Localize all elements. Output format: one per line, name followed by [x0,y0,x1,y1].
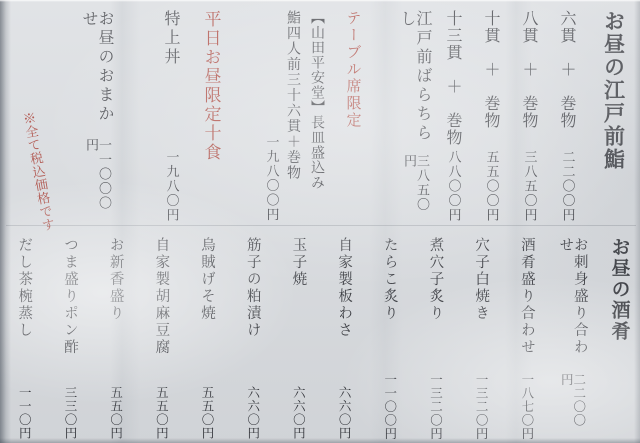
menu-item-anago-shirayaki: 穴子白焼き 一三二〇円 [471,237,491,440]
item-name: 特上丼 [163,10,179,67]
menu-item-tokujo-don: 特上丼 一九八〇円 [159,10,183,222]
menu-item-set-13kan: 十三貫 ＋ 巻物 八八〇〇円 [441,10,465,222]
item-name: 鮨四人前三十六貫＋巻物 [286,10,300,181]
item-price: 六六〇円 [292,386,305,440]
menu-item-nianago-aburi: 煮穴子炙り 一三二〇円 [425,237,445,440]
item-name: 玉子焼 [291,237,306,288]
section-lunch-sushi: お昼の江戸前鮨 六貫 ＋ 巻物 二二〇〇円 八貫 ＋ 巻物 三八五〇円 十貫 ＋… [0,0,640,226]
section-lunch-shuko: お昼の酒肴 お刺身盛り合わせ 二二〇〇円 酒肴盛り合わせ 一八七〇円 穴子白焼き… [0,227,640,443]
item-name: 十三貫 ＋ 巻物 [445,10,461,146]
section-divider [6,225,636,226]
item-name: 穴子白焼き [474,237,489,322]
item-price: 五五〇円 [155,386,168,440]
menu-item-ika-geso: 烏賊げそ焼 五五〇円 [197,237,217,440]
item-name: 酒肴盛り合わせ [519,237,534,356]
platter-line1-col: 【山田平安堂】長皿盛込み [306,10,328,222]
menu-item-set-10kan: 十貫 ＋ 巻物 五五〇〇円 [479,10,503,222]
item-name: お刺身盛り合わせ [558,237,587,373]
item-price: 三八五〇円 [523,150,536,223]
item-name: 自家製板わさ [337,237,352,339]
item-price: 二二〇〇円 [561,150,574,223]
item-name: 八貫 ＋ 巻物 [521,10,537,129]
item-price: 一一〇円 [18,386,31,440]
item-price: 三三〇円 [63,386,76,440]
menu-item-barachirashi: 江戸前ばらちらし 三八五〇円 [403,10,427,222]
menu-item-platter: 【山田平安堂】長皿盛込み 鮨四人前三十六貫＋巻物 一九八〇〇円 [262,10,328,222]
table-seat-note: テーブル席限定 [346,10,361,129]
item-price: 六六〇円 [246,386,259,440]
item-price: 六六〇円 [338,386,351,440]
item-name: お昼のおまかせ [81,10,113,138]
menu-item-goma-dofu: 自家製胡麻豆腐 五五〇円 [151,237,171,440]
menu-item-shuko-mori: 酒肴盛り合わせ 一八七〇円 [517,237,537,440]
item-price: 一一〇〇円 [383,373,396,441]
item-price: 一三二〇円 [475,373,488,441]
item-name: 【山田平安堂】長皿盛込み [310,10,324,190]
item-price: 五五〇円 [201,386,214,440]
item-name: つま盛りポン酢 [62,237,77,356]
menu-item-set-6kan: 六貫 ＋ 巻物 二二〇〇円 [555,10,579,222]
item-price: 五五〇円 [109,386,122,440]
weekday-limited-note-col: 平日お昼限定十食 [197,10,223,222]
item-price: 三八五〇円 [402,154,428,222]
menu-item-omakase: お昼のおまかせ 一一〇〇〇円 [85,10,109,222]
menu-item-tamagoyaki: 玉子焼 六六〇円 [288,237,308,440]
menu-item-sujiko-kasuzuke: 筋子の粕漬け 六六〇円 [242,237,262,440]
item-name: 烏賊げそ焼 [200,237,215,322]
lunch-shuko-title: お昼の酒肴 [609,237,628,342]
menu-paper: お昼の江戸前鮨 六貫 ＋ 巻物 二二〇〇円 八貫 ＋ 巻物 三八五〇円 十貫 ＋… [0,0,640,443]
item-name: 六貫 ＋ 巻物 [559,10,575,129]
item-name: 十貫 ＋ 巻物 [483,10,499,129]
item-price: 一九八〇円 [165,150,178,223]
item-price: 一三二〇円 [429,373,442,441]
platter-line2-col: 鮨四人前三十六貫＋巻物 [283,10,303,222]
menu-item-oshinko-mori: お新香盛り 五五〇円 [105,237,125,440]
item-name: だし茶椀蒸し [17,237,32,339]
item-price: 二二〇〇円 [560,373,585,440]
item-name: 煮穴子炙り [428,237,443,322]
menu-item-tarako-aburi: たらこ炙り 一一〇〇円 [380,237,400,440]
item-price: 一一〇〇〇円 [84,138,110,222]
table-seat-note-col: テーブル席限定 [342,10,364,222]
item-price: 一八七〇円 [520,373,533,441]
item-price: 五五〇〇円 [485,150,498,223]
platter-price-col: 一九八〇〇円 [262,10,280,222]
menu-item-itawasa: 自家製板わさ 六六〇円 [334,237,354,440]
item-name: お新香盛り [108,237,123,322]
lunch-sushi-title: お昼の江戸前鮨 [604,10,625,171]
lunch-sushi-title-col: お昼の江戸前鮨 [601,10,627,222]
menu-item-tsumamori-ponzu: つま盛りポン酢 三三〇円 [60,237,80,440]
menu-item-dashi-chawanmushi: だし茶椀蒸し 一一〇円 [14,237,34,440]
weekday-limited-note: 平日お昼限定十食 [202,10,219,162]
item-name: 筋子の粕漬け [245,237,260,339]
item-name: 江戸前ばらちらし [399,10,431,154]
item-price: 一九八〇〇円 [265,135,278,222]
menu-item-set-8kan: 八貫 ＋ 巻物 三八五〇円 [517,10,541,222]
item-name: たらこ炙り [382,237,397,322]
lunch-shuko-title-col: お昼の酒肴 [608,237,630,440]
menu-item-sashimi-mori: お刺身盛り合わせ 二二〇〇円 [562,237,582,440]
item-name: 自家製胡麻豆腐 [154,237,169,356]
item-price: 八八〇〇円 [447,150,460,223]
